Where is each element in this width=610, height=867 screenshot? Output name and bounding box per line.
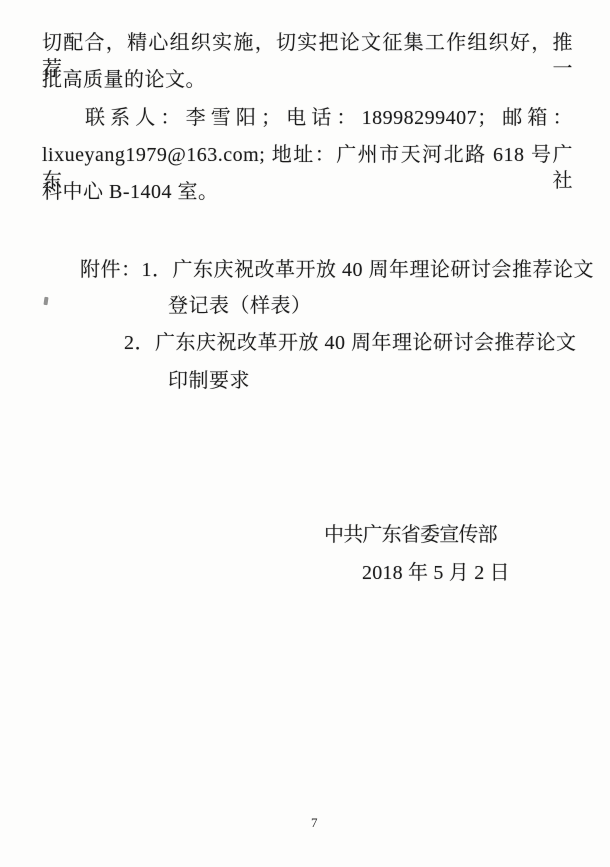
attachment-line: 2．广东庆祝改革开放 40 周年理论研讨会推荐论文 xyxy=(42,330,573,356)
document-page: 切配合，精心组织实施，切实把论文征集工作组织好，推荐一 批高质量的论文。 联系人… xyxy=(0,0,610,867)
contact-line: 联系人：李雪阳；电话：18998299407；邮箱： xyxy=(42,105,573,131)
page-number: 7 xyxy=(311,815,318,830)
attachment-line: 印制要求 xyxy=(42,368,573,394)
signature-org: 中共广东省委宣传部 xyxy=(324,522,497,548)
attachment-line: 登记表（样表） xyxy=(42,293,573,319)
attachment-line: 附件：1．广东庆祝改革开放 40 周年理论研讨会推荐论文 xyxy=(42,257,573,283)
signature-date: 2018 年 5 月 2 日 xyxy=(362,560,510,586)
body-line: 批高质量的论文。 xyxy=(42,67,573,93)
contact-line: 科中心 B-1404 室。 xyxy=(42,179,573,205)
